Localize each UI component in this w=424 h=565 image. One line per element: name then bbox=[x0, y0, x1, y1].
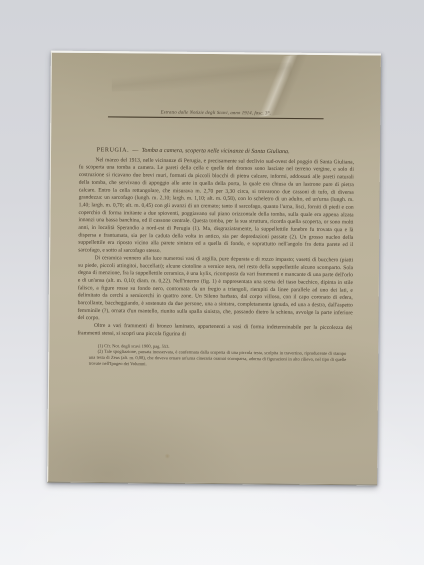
imprint-caption: Estratto dalle Notizie degli Scavi, anno… bbox=[57, 108, 375, 116]
heading-separator: — bbox=[131, 147, 140, 154]
body-paragraph: Oltre a vari frammenti di bronzo laminat… bbox=[77, 322, 352, 339]
article-body: PERUGIA. — Tomba a camera, scoperta nell… bbox=[77, 146, 354, 340]
body-paragraph: Di ceramica vennero alla luce numerosi v… bbox=[78, 254, 354, 324]
footnotes: (1) Cfr. Not. degli scavi 1900, pag. 553… bbox=[89, 343, 347, 369]
body-paragraph: Nel marzo del 1913, nelle vicinanze di P… bbox=[78, 156, 354, 256]
heading-subject: Tomba a camera, scoperta nelle vicinanze… bbox=[142, 147, 290, 155]
body-text: Nel marzo del 1913, nelle vicinanze di P… bbox=[77, 156, 354, 339]
article-heading: PERUGIA. — Tomba a camera, scoperta nell… bbox=[79, 146, 354, 156]
footnote: (2) Tale spogliazione, passata inosserva… bbox=[89, 349, 347, 369]
paper-sheet: Estratto dalle Notizie degli Scavi, anno… bbox=[47, 51, 381, 486]
printed-page: Estratto dalle Notizie degli Scavi, anno… bbox=[48, 53, 381, 485]
heading-site-name: PERUGIA. bbox=[97, 146, 130, 153]
imprint-divider bbox=[108, 116, 324, 119]
